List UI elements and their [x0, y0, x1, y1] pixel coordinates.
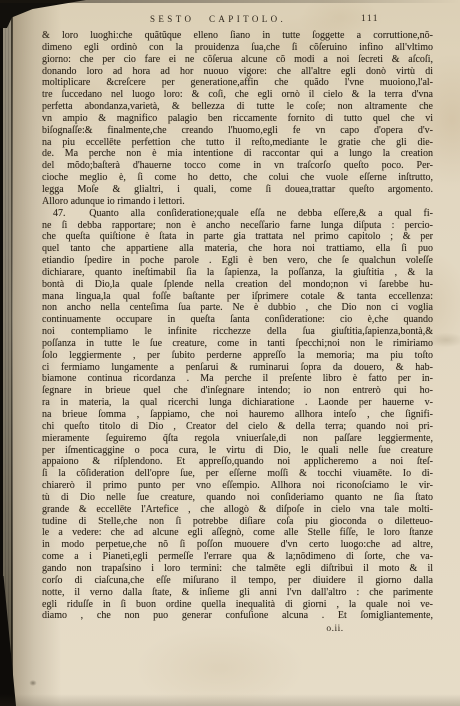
body-line: diamo , che non puo generar confuſione a…: [42, 610, 433, 622]
body-line: corſo di ciaſcuna,che eſſe miſurano il t…: [42, 575, 433, 587]
body-line: in modo perpetue,che nõ ſi poſſon muouer…: [42, 539, 433, 551]
book-scan: SESTO CAPITOLO. 111 & loro luoghi:che qu…: [0, 0, 460, 706]
body-line: poſſanza in tutte le ſue creature, come …: [42, 338, 433, 350]
body-line: ne ſi debba rapportare; non è ancho nece…: [42, 220, 433, 232]
body-line: per iſmenticaggine o poca cura, le virtu…: [42, 445, 433, 457]
body-line: ra in materia, la qual ricerchi lunga di…: [42, 397, 433, 409]
page-header: SESTO CAPITOLO. 111: [0, 14, 460, 27]
body-line: notte, il verno dalla ſtate, & inſieme g…: [42, 587, 433, 599]
page-number: 111: [361, 14, 379, 24]
page-bottom-shadow: [0, 694, 460, 706]
body-line: le a vedere: che ad alcune egli aſſegnò,…: [42, 527, 433, 539]
body-line: ſi la cõſideration dell'opre ſue, per eſ…: [42, 468, 433, 480]
body-line: moltiplicare &creſcere per generatione,a…: [42, 77, 433, 89]
body-line: tudine di Stelle,che non ſi potrebbe diſ…: [42, 516, 433, 528]
body-line: appaiono & riſplendono. Et appreſſo,quan…: [42, 456, 433, 468]
body-line: biſognaſſe:& finalmente,che creando l'hu…: [42, 125, 433, 137]
body-line: biamone continua ricordanza . Ma perche …: [42, 373, 433, 385]
body-line: na brieue ſomma , ſappiamo, che noi haur…: [42, 409, 433, 421]
signature-mark: o.ii.: [303, 624, 367, 634]
body-line: chiarerò il primo punto per vno eſſempio…: [42, 480, 433, 492]
body-line: continuamente occupare in queſta ſanta c…: [42, 314, 433, 326]
text-block: & loro luoghi:che quãtũque elleno ſiano …: [42, 30, 433, 622]
body-line: & loro luoghi:che quãtũque elleno ſiano …: [42, 30, 433, 42]
body-line: legga Moſe & glialtri, i quali, come ſi …: [42, 184, 433, 196]
body-line: dichiarare, quanto ineſtimabil ſia la ſa…: [42, 267, 433, 279]
body-line: Alloro adunque io rimando i lettori.: [42, 196, 433, 208]
body-line: vn ampio & magnifico palagio ben riccame…: [42, 113, 433, 125]
body-line: ſolo leggiermente , per ſubito perderne …: [42, 350, 433, 362]
gutter-crease: [11, 0, 13, 706]
body-line: bontà di Dio,la quale ſplende nella crea…: [42, 279, 433, 291]
body-line: del mõdo;baſterà d'hauerne tocco come in…: [42, 160, 433, 172]
body-line: che queſta quiſtione è ſtata in parte gi…: [42, 231, 433, 243]
body-line: chi queſto titolo di Dio , Creator del c…: [42, 421, 433, 433]
body-line: giorno: che per cio fare ei ne cõſerua a…: [42, 54, 433, 66]
body-line: de. Ma perche non è mia intentione di ra…: [42, 148, 433, 160]
body-line: etiandio ſpedire in poche parole . Egli …: [42, 255, 433, 267]
body-line: ſegnare in brieue quel che d'inſegnare i…: [42, 385, 433, 397]
body-line: gando non trapaſsino i loro termini: che…: [42, 563, 433, 575]
body-line: come a i Pianeti,egli permeſſe l'errare …: [42, 551, 433, 563]
body-line: noi contempliamo le infinite ricchezze d…: [42, 326, 433, 338]
body-line: cioche meglio è, ſi come ho detto, che c…: [42, 172, 433, 184]
book-page: SESTO CAPITOLO. 111 & loro luoghi:che qu…: [0, 0, 460, 706]
body-line: ci fermiamo lungamente a penſarui & rumi…: [42, 362, 433, 374]
body-line: non ancho nella centeſima ſua parte. Ne …: [42, 302, 433, 314]
body-line: grande & eccellēte l'Artefice , che allo…: [42, 504, 433, 516]
body-line: 47. Quanto alla conſideratione;quale eſſ…: [42, 208, 433, 220]
body-line: dimeno egli ordinò con la prouidenza ſua…: [42, 42, 433, 54]
body-line: quel tanto che appartiene alla materia, …: [42, 243, 433, 255]
scan-edge-top: [0, 0, 460, 3]
body-line: perfetta abondanza,varietà, & bellezza d…: [42, 101, 433, 113]
body-line: tù di Dio nelle ſue creature, quando noi…: [42, 492, 433, 504]
body-line: tre ſuccedano nel luogo loro: & coſi, ch…: [42, 89, 433, 101]
running-title: SESTO CAPITOLO.: [150, 14, 286, 24]
body-line: na piu eccellēte perfettion che tutto il…: [42, 137, 433, 149]
body-line: egli riduſſe in ſi buon ordine quella in…: [42, 599, 433, 611]
body-line: donando loro ad hora ad hor nuouo vigore…: [42, 66, 433, 78]
body-line: mana lingua,la qual foſſe baſtante per i…: [42, 291, 433, 303]
gutter-shadow: [13, 0, 61, 706]
body-line: mieramente ſeguiremo q̃ſta regola vniuer…: [42, 433, 433, 445]
